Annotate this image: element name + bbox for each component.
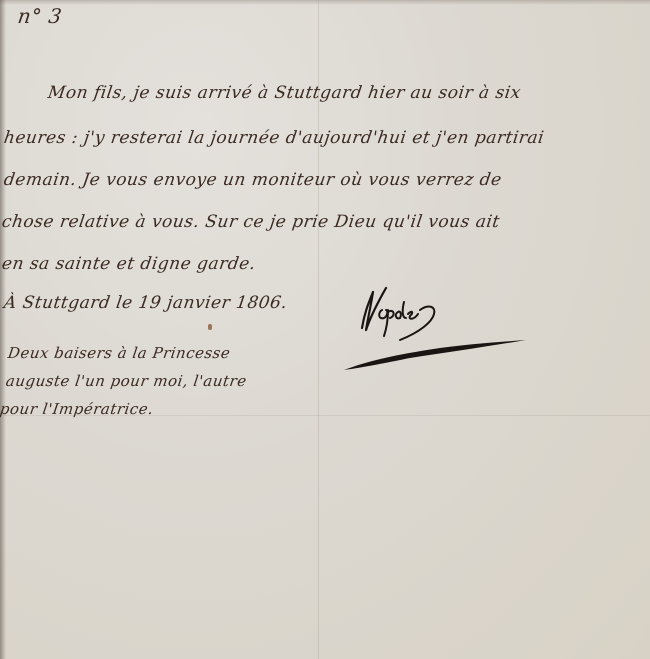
- letter-line-1: Mon fils, je suis arrivé à Stuttgard hie…: [47, 83, 523, 103]
- letter-dateline: À Stuttgard le 19 janvier 1806.: [3, 293, 289, 313]
- letter-line-3: demain. Je vous envoye un moniteur où vo…: [3, 170, 504, 190]
- letter-line-2: heures : j'y resterai la journée d'aujou…: [3, 128, 546, 148]
- postscript-line-1: Deux baisers à la Princesse: [7, 344, 232, 362]
- letter-number: n° 3: [16, 4, 63, 28]
- letter-line-4: chose relative à vous. Sur ce je prie Di…: [1, 212, 501, 232]
- ink-spot: [208, 324, 212, 330]
- letter-line-5: en sa sainte et digne garde.: [1, 254, 257, 274]
- postscript-line-3: pour l'Impératrice.: [0, 400, 155, 418]
- letter-page: n° 3 Mon fils, je suis arrivé à Stuttgar…: [0, 0, 650, 659]
- signature-icon: [340, 280, 530, 375]
- postscript-line-2: auguste l'un pour moi, l'autre: [5, 372, 248, 390]
